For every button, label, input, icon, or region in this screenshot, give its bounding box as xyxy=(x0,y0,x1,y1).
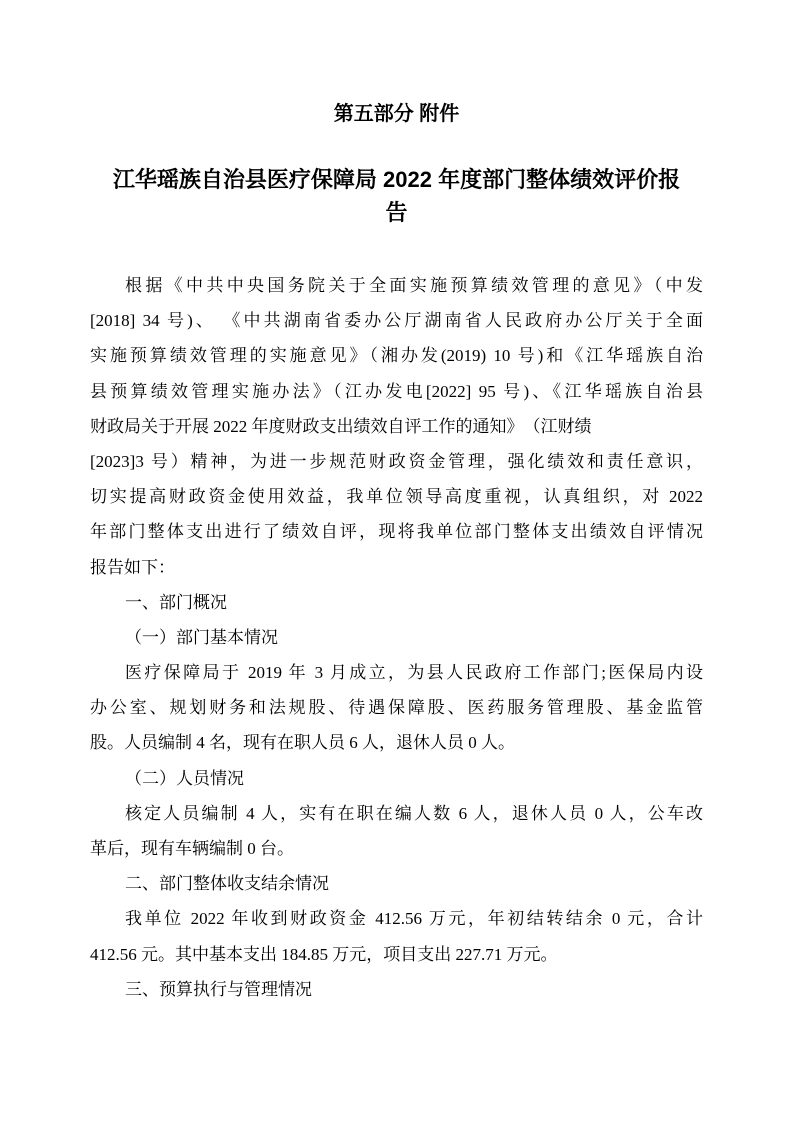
paragraph-line: 财政局关于开展 2022 年度财政支出绩效自评工作的通知》 （江财绩 xyxy=(90,409,703,444)
part-label: 第五部分 附件 xyxy=(90,101,703,127)
paragraph-line: 实施预算绩效管理的实施意见》（湘办发(2019) 10 号)和《江华瑶族自治 xyxy=(90,338,703,373)
paragraph-line: 股。人员编制 4 名，现有在职人员 6 人，退休人员 0 人。 xyxy=(90,725,703,760)
paragraph-line: 412.56 元。其中基本支出 184.85 万元，项目支出 227.71 万元… xyxy=(90,937,703,972)
paragraph-line: 医疗保障局于 2019 年 3 月成立，为县人民政府工作部门;医保局内设 xyxy=(90,655,703,690)
paragraph-line: [2018] 34 号)、 《中共湖南省委办公厅湖南省人民政府办公厅关于全面 xyxy=(90,303,703,338)
report-title-line-1: 江华瑶族自治县医疗保障局 2022 年度部门整体绩效评价报 xyxy=(90,163,703,196)
paragraph-line: 切实提高财政资金使用效益，我单位领导高度重视，认真组织，对 2022 xyxy=(90,479,703,514)
paragraph-line: 办公室、规划财务和法规股、待遇保障股、医药服务管理股、基金监管 xyxy=(90,690,703,725)
paragraph-line: 根据《中共中央国务院关于全面实施预算绩效管理的意见》（中发 xyxy=(90,268,703,303)
report-title-line-2: 告 xyxy=(90,196,703,229)
subsection-heading: （一）部门基本情况 xyxy=(90,620,703,655)
section-heading-2: 二、部门整体收支结余情况 xyxy=(90,866,703,901)
paragraph-line: 年部门整体支出进行了绩效自评，现将我单位部门整体支出绩效自评情况 xyxy=(90,514,703,549)
paragraph-line: 县预算绩效管理实施办法》（江办发电[2022] 95 号)、《江华瑶族自治县 xyxy=(90,374,703,409)
paragraph-line: [2023]3 号）精神，为进一步规范财政资金管理，强化绩效和责任意识， xyxy=(90,444,703,479)
subsection-heading: （二）人员情况 xyxy=(90,761,703,796)
section-heading-3: 三、预算执行与管理情况 xyxy=(90,972,703,1007)
paragraph-line: 报告如下： xyxy=(90,550,703,585)
document-page: 第五部分 附件 江华瑶族自治县医疗保障局 2022 年度部门整体绩效评价报 告 … xyxy=(0,0,793,1122)
paragraph-line: 我单位 2022 年收到财政资金 412.56 万元，年初结转结余 0 元，合计 xyxy=(90,901,703,936)
report-title: 江华瑶族自治县医疗保障局 2022 年度部门整体绩效评价报 告 xyxy=(90,163,703,229)
paragraph-line: 核定人员编制 4 人，实有在职在编人数 6 人，退休人员 0 人，公车改 xyxy=(90,796,703,831)
section-heading-1: 一、部门概况 xyxy=(90,585,703,620)
paragraph-line: 革后，现有车辆编制 0 台。 xyxy=(90,831,703,866)
document-body: 根据《中共中央国务院关于全面实施预算绩效管理的意见》（中发 [2018] 34 … xyxy=(90,268,703,1007)
